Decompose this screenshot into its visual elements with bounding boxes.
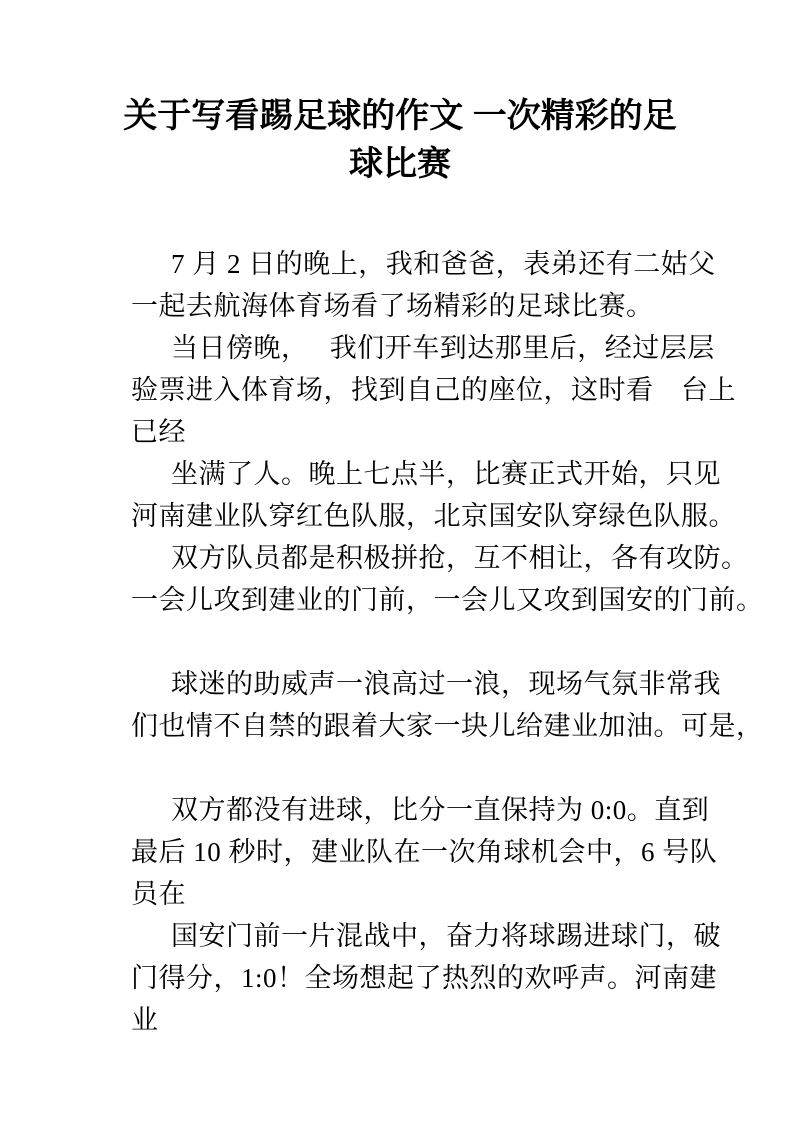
text-line: 7 月 2 日的晚上，我和爸爸，表弟还有二姑父 bbox=[131, 243, 685, 285]
text-line: 一起去航海体育场看了场精彩的足球比赛。 bbox=[131, 285, 685, 327]
page-title-line-2: 球比赛 bbox=[110, 140, 690, 188]
text-line: 已经 bbox=[131, 411, 685, 453]
text-line: 球迷的助威声一浪高过一浪，现场气氛非常我 bbox=[131, 663, 685, 705]
document-body: 7 月 2 日的晚上，我和爸爸，表弟还有二姑父 一起去航海体育场看了场精彩的足球… bbox=[131, 243, 685, 1041]
text-line: 双方队员都是积极拼抢，互不相让，各有攻防。 bbox=[131, 537, 685, 579]
document-page: 关于写看踢足球的作文 一次精彩的足 球比赛 7 月 2 日的晚上，我和爸爸，表弟… bbox=[0, 0, 800, 1132]
paragraph: 双方都没有进球，比分一直保持为 0:0。直到 最后 10 秒时，建业队在一次角球… bbox=[131, 789, 685, 915]
paragraph: 双方队员都是积极拼抢，互不相让，各有攻防。 一会儿攻到建业的门前，一会儿又攻到国… bbox=[131, 537, 685, 621]
page-title-line-1: 关于写看踢足球的作文 一次精彩的足 bbox=[110, 92, 690, 140]
paragraph: 坐满了人。晚上七点半，比赛正式开始，只见 河南建业队穿红色队服，北京国安队穿绿色… bbox=[131, 453, 685, 537]
paragraph: 国安门前一片混战中，奋力将球踢进球门，破 门得分，1:0！全场想起了热烈的欢呼声… bbox=[131, 915, 685, 1041]
text-line: 一会儿攻到建业的门前，一会儿又攻到国安的门前。 bbox=[131, 579, 685, 621]
text-line: 员在 bbox=[131, 873, 685, 915]
text-line: 们也情不自禁的跟着大家一块儿给建业加油。可是， bbox=[131, 705, 685, 747]
paragraph: 7 月 2 日的晚上，我和爸爸，表弟还有二姑父 一起去航海体育场看了场精彩的足球… bbox=[131, 243, 685, 327]
paragraph: 球迷的助威声一浪高过一浪，现场气氛非常我 们也情不自禁的跟着大家一块儿给建业加油… bbox=[131, 663, 685, 747]
text-line: 门得分，1:0！全场想起了热烈的欢呼声。河南建 bbox=[131, 957, 685, 999]
text-line: 国安门前一片混战中，奋力将球踢进球门，破 bbox=[131, 915, 685, 957]
text-line: 最后 10 秒时，建业队在一次角球机会中，6 号队 bbox=[131, 831, 685, 873]
paragraph: 当日傍晚， 我们开车到达那里后，经过层层 验票进入体育场，找到自己的座位，这时看… bbox=[131, 327, 685, 453]
page-title: 关于写看踢足球的作文 一次精彩的足 球比赛 bbox=[110, 92, 690, 188]
text-line: 河南建业队穿红色队服，北京国安队穿绿色队服。 bbox=[131, 495, 685, 537]
text-line: 验票进入体育场，找到自己的座位，这时看 台上 bbox=[131, 369, 685, 411]
text-line: 当日傍晚， 我们开车到达那里后，经过层层 bbox=[131, 327, 685, 369]
text-line: 业 bbox=[131, 999, 685, 1041]
text-line: 坐满了人。晚上七点半，比赛正式开始，只见 bbox=[131, 453, 685, 495]
text-line: 双方都没有进球，比分一直保持为 0:0。直到 bbox=[131, 789, 685, 831]
